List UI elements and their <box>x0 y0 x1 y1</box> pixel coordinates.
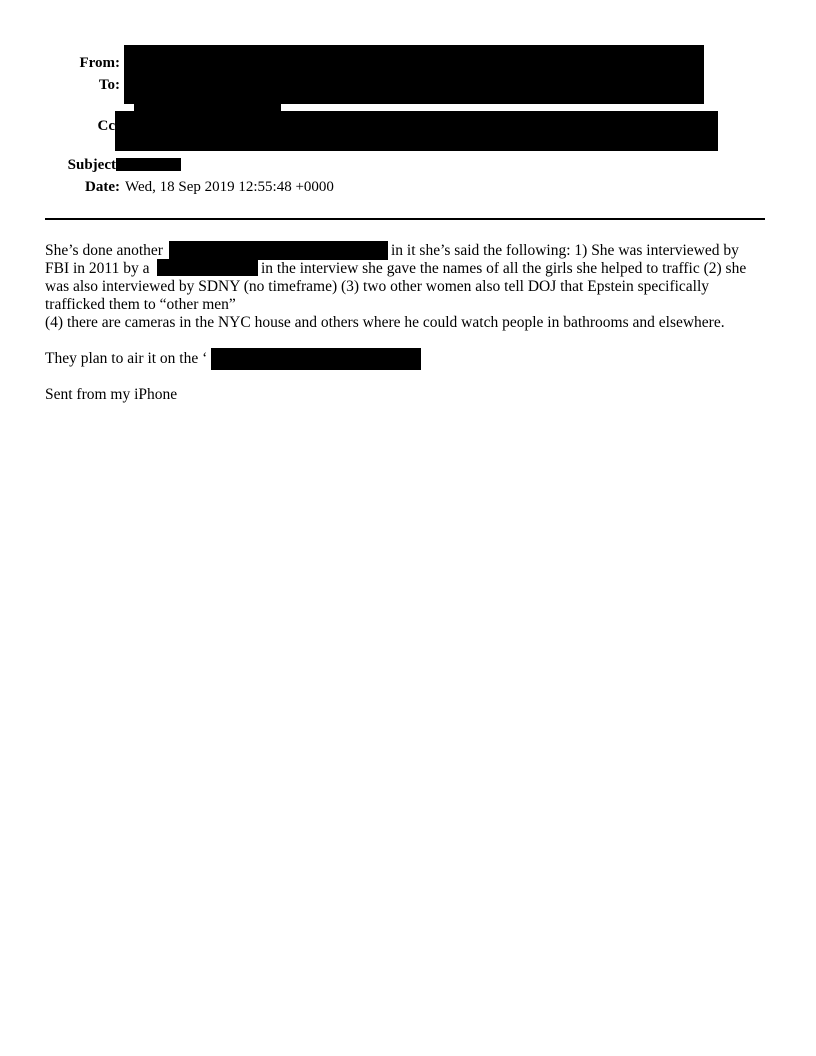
body-line-5: (4) there are cameras in the NYC house a… <box>45 314 725 332</box>
header-divider <box>45 218 765 220</box>
redaction-body-3 <box>211 348 421 370</box>
signature: Sent from my iPhone <box>45 386 177 404</box>
redaction-from-to <box>124 45 704 104</box>
redaction-body-1 <box>169 241 388 260</box>
body-line-1a: She’s done another <box>45 242 163 260</box>
body-line-2a: FBI in 2011 by a <box>45 260 149 278</box>
redaction-cc <box>115 111 718 151</box>
from-label: From: <box>60 55 120 72</box>
subject-label: Subject <box>40 157 116 174</box>
to-label: To: <box>60 77 120 94</box>
body-line-2b: in the interview she gave the names of a… <box>261 260 746 278</box>
redaction-body-2 <box>157 259 258 276</box>
redaction-subject <box>116 158 181 171</box>
body-line-4: trafficked them to “other men” <box>45 296 236 314</box>
date-value: Wed, 18 Sep 2019 12:55:48 +0000 <box>125 179 334 196</box>
body-line-1b: in it she’s said the following: 1) She w… <box>391 242 739 260</box>
body-paragraph-2: They plan to air it on the ‘ <box>45 350 207 368</box>
redaction-to-overflow <box>134 103 281 111</box>
body-line-3: was also interviewed by SDNY (no timefra… <box>45 278 709 296</box>
cc-label: Cc <box>60 118 115 135</box>
date-label: Date: <box>60 179 120 196</box>
